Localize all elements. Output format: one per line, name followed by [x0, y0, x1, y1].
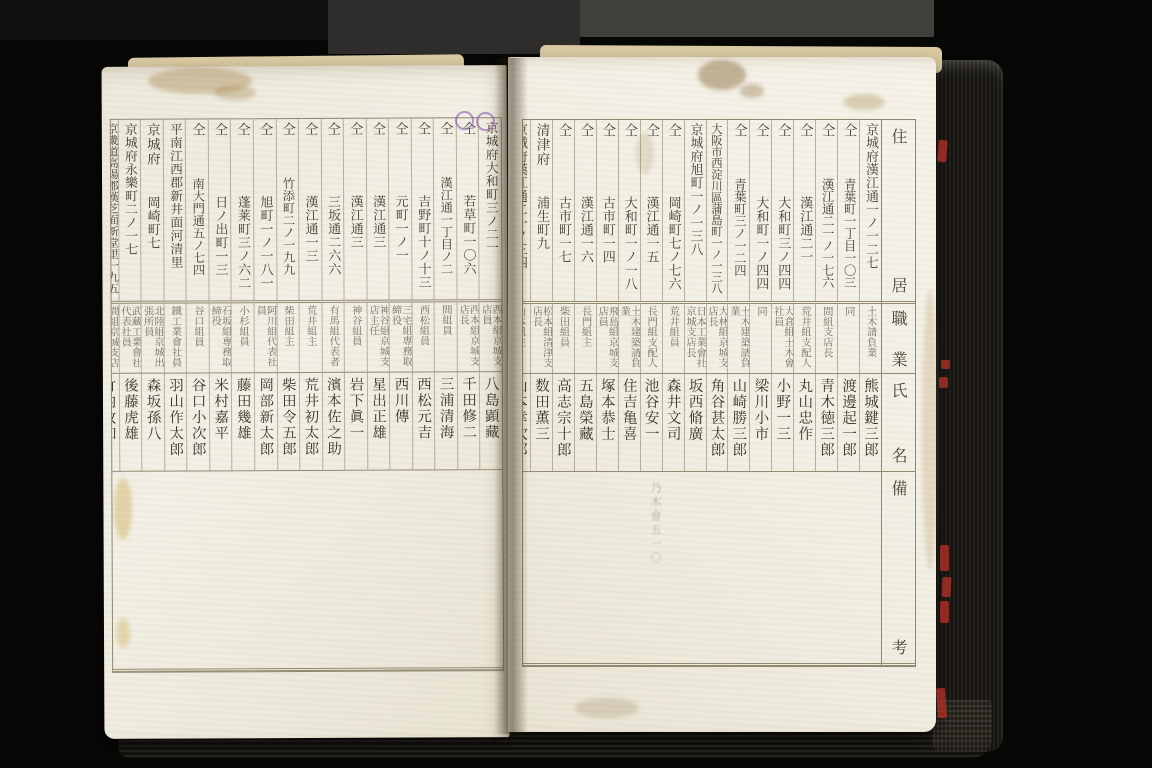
address-text: 岡崎町七 [145, 196, 160, 250]
address-text: 大阪市西淀川區蒲島町一ノ一三八 [711, 123, 723, 294]
name-text: 森井文司 [663, 378, 684, 442]
residence-cell: 仝漢江通二一ノ一七六 [815, 120, 837, 301]
address-text: 京城府永樂町二ノ一七 [122, 123, 138, 256]
address-ditto-or-prefix: 仝 [575, 123, 595, 138]
residence-cell: 仝青葉町一丁目一〇三 [837, 120, 859, 301]
name-text: 山崎勝三郎 [728, 378, 749, 458]
address-text: 京城府漢江通一ノ一二七 [863, 123, 878, 269]
occupation-text: 西本組京城支店長 [458, 304, 479, 371]
occupation-cell: 同 [749, 304, 771, 373]
address-ditto-or-prefix: 仝 [553, 123, 573, 138]
address-text: 平南江西郡新井面河清里 [167, 123, 183, 269]
occupation-cell: 大倉組土木會社員 [771, 304, 793, 373]
address-text: 漢江通三 [348, 195, 363, 249]
residence-cell: 仝旭町一ノ一八一 [253, 119, 276, 300]
name-cell: 角谷甚太郎 [706, 374, 728, 471]
address-ditto-or-prefix: 仝 [187, 122, 207, 137]
address-text: 古市町一四 [600, 196, 615, 264]
address-ditto-or-prefix: 仝 [597, 123, 617, 138]
name-text: 谷口小次郎 [188, 377, 209, 457]
address-ditto-or-prefix: 仝 [367, 122, 387, 137]
header-char: 職 [887, 310, 910, 326]
occupation-cell: 武藏工業會社代表社員 [118, 304, 141, 373]
occupation-text: 西本組京城支店員 [480, 304, 501, 371]
residence-cell: 清津府浦生町九 [530, 120, 552, 301]
residence-cell: 仝漢江通三 [365, 119, 388, 300]
name-text: 青木徳三郎 [816, 378, 837, 458]
occupation-text: 長門組支配人 [646, 306, 656, 368]
occupation-text: 間組支店長 [822, 306, 832, 358]
address-text: 蓬莱町三ノ六二 [235, 195, 250, 290]
address-ditto-or-prefix: 仝 [277, 122, 297, 137]
occupation-cell: 松本組清津支店長 [530, 304, 552, 373]
header-residence: 住居 [882, 120, 915, 304]
occupation-text: 有馬組代表者 [328, 305, 339, 367]
name-cell: 星出正雄 [367, 373, 390, 470]
address-ditto-or-prefix: 仝 [435, 121, 455, 136]
name-band: 八島顕藏千田修二三浦清海西松元吉西川傳星出正雄岩下眞一濱本佐之助荒井初太郎柴田令… [112, 372, 502, 472]
occupation-cell: 飛島組京城支店員 [596, 304, 618, 373]
residence-cell: 平南江西郡新井面河清里 [163, 120, 186, 301]
address-ditto-or-prefix: 仝 [232, 122, 252, 137]
name-text: 米村嘉平 [210, 377, 231, 441]
name-cell: 青木徳三郎 [815, 374, 837, 471]
red-edge-mark [940, 545, 949, 571]
address-ditto-or-prefix: 仝 [817, 123, 837, 138]
residence-cell: 京城府大和町三ノ二一 [478, 118, 501, 299]
address-text: 京城府大和町三ノ二一 [482, 121, 498, 254]
occupation-cell: 西松組員 [411, 302, 434, 371]
name-band: 熊城鍵三郎渡邊起一郎青木徳三郎丸山忠作小野一三梁川小市山崎勝三郎角谷甚太郎坂西脩… [523, 374, 881, 472]
name-text: 住吉亀喜 [619, 378, 640, 442]
occupation-text: 鐵工業會社員 [170, 306, 181, 368]
occupation-band: 土木請負業同間組支店長荒井組支配人大倉組土木會社員同土木建築請負業大林組京城支店… [523, 304, 881, 374]
right-page-columns: 京城府漢江通一ノ一二七仝青葉町一丁目一〇三仝漢江通二一ノ一七六仝漢江通二一仝大和… [523, 120, 881, 666]
name-text: 濱本佐之助 [323, 377, 344, 457]
header-name: 氏名 [882, 374, 915, 472]
name-text: 八島顕藏 [481, 376, 502, 440]
occupation-text: 日本工業會社京城支店長 [685, 306, 706, 373]
name-cell: 坂西脩廣 [684, 374, 706, 471]
red-edge-mark [939, 377, 949, 388]
occupation-cell: 土木建築請負業 [618, 304, 640, 373]
occupation-band: 西本組京城支店員西本組京城支店長間組員西松組員三宅組専務取締役神谷組京城支店主任… [112, 302, 502, 374]
photo-of-register-book: 京城府大和町三ノ二一仝若草町一〇六仝漢江通一丁目ノ二仝吉野町十ノ十三仝元町一ノ一… [0, 0, 1152, 768]
address-ditto-or-prefix: 京城府 [142, 123, 162, 167]
name-cell: 藤田幾雄 [231, 373, 254, 470]
name-cell: 谷口小次郎 [186, 373, 209, 470]
residence-cell: 仝吉野町十ノ十三 [411, 118, 434, 299]
red-edge-mark [941, 360, 950, 369]
name-text: 羽山作太郎 [165, 378, 186, 458]
name-cell: 森坂孫八 [141, 374, 164, 471]
occupation-text: 石坂組専務取締役 [210, 305, 231, 372]
name-cell: 渡邊起一郎 [837, 374, 859, 471]
occupation-text: 神谷組員 [350, 305, 360, 346]
column-headers: 住居職業氏名備考 [881, 120, 915, 666]
address-text: 漢江通一六 [578, 196, 593, 264]
name-text: 岩下眞一 [345, 377, 366, 441]
name-cell: 竹内政知 [112, 374, 119, 471]
occupation-text: 間組京城支店長 [112, 306, 119, 373]
occupation-text: 荒井組主 [305, 305, 315, 346]
name-text: 数田薫三 [531, 378, 552, 442]
name-cell: 岩下眞一 [344, 373, 367, 470]
occupation-cell: 有馬組代表者 [321, 303, 344, 372]
occupation-cell: 北陸組京城出張所員 [141, 304, 164, 373]
occupation-cell: 荒井組支配人 [793, 304, 815, 373]
address-text: 青葉町三ノ一二四 [731, 178, 746, 276]
occupation-cell: 神谷組員 [344, 303, 367, 372]
name-cell: 山崎勝三郎 [727, 374, 749, 471]
occupation-text: 大倉組土木會社員 [772, 306, 793, 373]
name-text: 藤田幾雄 [233, 377, 254, 441]
residence-cell: 仝元町一ノ一 [388, 119, 411, 300]
name-text: 丸山忠作 [794, 378, 815, 442]
name-cell: 五島榮藏 [574, 374, 596, 471]
residence-cell: 仝日ノ出町一三 [208, 119, 231, 300]
remarks-band [112, 470, 503, 672]
address-text: 旭町一ノ一八一 [257, 195, 272, 290]
name-cell: 後藤虎雄 [119, 374, 142, 471]
name-text: 池谷安一 [641, 378, 662, 442]
name-text: 西松元吉 [413, 376, 434, 440]
residence-cell: 仝三坂通二六六 [320, 119, 343, 300]
residence-cell: 仝若草町一〇六 [456, 118, 479, 299]
name-text: 後藤虎雄 [120, 378, 141, 442]
left-page-columns: 京城府大和町三ノ二一仝若草町一〇六仝漢江通一丁目ノ二仝吉野町十ノ十三仝元町一ノ一… [111, 118, 503, 672]
address-ditto-or-prefix: 仝 [751, 123, 771, 138]
address-ditto-or-prefix: 仝 [412, 121, 432, 136]
residence-cell: 仝漢江通一三 [298, 119, 321, 300]
name-cell: 濱本佐之助 [321, 373, 344, 470]
address-text: 漢江通三 [370, 195, 385, 249]
red-edge-mark [940, 601, 949, 623]
occupation-text: 小杉組員 [238, 305, 248, 346]
address-text: 南大門通五ノ七四 [190, 177, 205, 275]
background-panel [580, 0, 934, 37]
address-text: 元町一ノ一 [393, 195, 408, 263]
name-cell: 米村嘉平 [209, 373, 232, 470]
name-cell: 梁川小市 [749, 374, 771, 471]
address-text: 青葉町一丁目一〇三 [841, 178, 856, 289]
name-cell: 山本幸次郎 [523, 374, 530, 471]
address-ditto-or-prefix: 仝 [322, 122, 342, 137]
header-occupation: 職業 [882, 304, 915, 374]
address-ditto-or-prefix: 仝 [839, 123, 859, 138]
residence-cell: 京城府岡崎町七 [140, 120, 163, 301]
residence-band: 京城府漢江通一ノ一二七仝青葉町一丁目一〇三仝漢江通二一ノ一七六仝漢江通二一仝大和… [523, 120, 881, 304]
address-ditto-or-prefix: 仝 [773, 123, 793, 138]
name-text: 星出正雄 [368, 377, 389, 441]
name-cell: 三浦清海 [434, 372, 457, 469]
residence-cell: 仝古市町一七 [552, 120, 574, 301]
occupation-cell: 間組支店長 [815, 304, 837, 373]
address-ditto-or-prefix: 仝 [641, 123, 661, 138]
address-ditto-or-prefix: 仝 [795, 123, 815, 138]
name-text: 高志宗十郎 [553, 378, 574, 458]
occupation-cell: 間組員 [434, 302, 457, 371]
occupation-cell: 石坂組専務取締役 [208, 303, 231, 372]
residence-cell: 仝大和町三ノ四四 [771, 120, 793, 301]
occupation-cell: 鐵工業會社員 [163, 304, 186, 373]
name-cell: 岡部新太郎 [254, 373, 277, 470]
red-edge-mark [937, 140, 948, 163]
name-cell: 西川傳 [389, 373, 412, 470]
residence-cell: 京城府永樂町二ノ一七 [117, 120, 140, 301]
name-text: 千田修二 [458, 376, 479, 440]
address-ditto-or-prefix: 仝 [619, 123, 639, 138]
occupation-text: 西松組員 [418, 304, 428, 345]
address-ditto-or-prefix: 仝 [390, 122, 410, 137]
occupation-text: 武藏工業會社代表社員 [120, 306, 141, 373]
name-text: 塚本恭士 [597, 378, 618, 442]
occupation-text: 同 [843, 306, 853, 316]
name-cell: 荒井初太郎 [299, 373, 322, 470]
residence-cell: 仝漢江通三 [343, 119, 366, 300]
occupation-cell: 谷口組員 [186, 303, 209, 372]
name-cell: 千田修二 [457, 372, 480, 469]
remarks-band: 乃木會五一〇 [523, 472, 881, 666]
name-text: 荒井初太郎 [300, 377, 321, 457]
address-text: 日ノ出町一三 [212, 195, 227, 276]
residence-cell: 仝漢江通二一 [793, 120, 815, 301]
address-text: 京城府漢江通二一ノ三四 [523, 123, 527, 269]
occupation-cell: 山本組主 [523, 304, 530, 373]
address-ditto-or-prefix: 仝 [663, 123, 683, 138]
address-ditto-or-prefix: 仝 [300, 122, 320, 137]
name-text: 坂西脩廣 [685, 378, 706, 442]
occupation-text: 神谷組京城支店主任 [368, 305, 389, 372]
name-text: 森坂孫八 [142, 378, 163, 442]
name-text: 角谷甚太郎 [706, 378, 727, 458]
faint-pencil-annotation: 乃木會五一〇 [647, 482, 663, 642]
name-cell: 西松元吉 [412, 372, 435, 469]
occupation-text: 荒井組支配人 [800, 306, 810, 368]
address-text: 岡崎町七ノ七六 [666, 196, 681, 291]
header-remarks: 備考 [882, 472, 915, 666]
header-char: 氏 [887, 382, 910, 398]
residence-cell: 京城府漢江通一ノ一二七 [859, 120, 881, 301]
occupation-cell: 大林組京城支店長 [706, 304, 728, 373]
residence-cell: 仝大和町一ノ一八 [618, 120, 640, 301]
occupation-cell: 柴田組員 [552, 304, 574, 373]
occupation-cell: 阿川組代表社員 [254, 303, 277, 372]
residence-cell: 仝蓬莱町三ノ六二 [230, 119, 253, 300]
background-panel [0, 0, 328, 40]
occupation-text: 間組員 [441, 304, 451, 335]
occupation-cell: 西本組京城支店長 [456, 302, 479, 371]
left-page-table: 京城府大和町三ノ二一仝若草町一〇六仝漢江通一丁目ノ二仝吉野町十ノ十三仝元町一ノ一… [110, 117, 504, 673]
purple-stamp-circle [455, 111, 474, 130]
address-text: 三坂通二六六 [325, 195, 340, 276]
address-text: 漢江通一丁目ノ二 [438, 176, 453, 274]
residence-cell: 仝南大門通五ノ七四 [185, 119, 208, 300]
residence-cell: 仝漢江通一丁目ノ二 [433, 118, 456, 299]
header-char: 備 [887, 480, 910, 496]
occupation-cell: 小杉組員 [231, 303, 254, 372]
address-text: 古市町一七 [556, 196, 571, 264]
red-edge-mark [941, 577, 951, 597]
occupation-cell: 長門組支配人 [640, 304, 662, 373]
address-text: 大和町一ノ一八 [622, 196, 637, 291]
address-text: 大和町三ノ四四 [775, 196, 790, 291]
name-text: 熊城鍵三郎 [860, 378, 881, 458]
occupation-cell: 神谷組京城支店主任 [366, 303, 389, 372]
occupation-cell: 土木請負業 [859, 304, 881, 373]
name-cell: 小野一三 [771, 374, 793, 471]
name-cell: 塚本恭士 [596, 374, 618, 471]
name-text: 五島榮藏 [575, 378, 596, 442]
residence-cell: 京城府旭町一ノ一三八 [684, 120, 706, 301]
occupation-text: 荒井組員 [668, 306, 678, 347]
occupation-text: 山本組主 [523, 306, 525, 347]
occupation-cell: 日本工業會社京城支店長 [684, 304, 706, 373]
name-text: 梁川小市 [750, 378, 771, 442]
occupation-text: 同 [756, 306, 766, 316]
residence-cell: 仝古市町一四 [596, 120, 618, 301]
residence-cell: 仝漢江通一六 [574, 120, 596, 301]
occupation-cell: 柴田組主 [276, 303, 299, 372]
address-text: 漢江通二一ノ一七六 [819, 178, 834, 289]
name-text: 小野一三 [772, 378, 793, 442]
occupation-text: 柴田組員 [558, 306, 568, 347]
occupation-cell: 三宅組専務取締役 [389, 303, 412, 372]
name-cell: 高志宗十郎 [552, 374, 574, 471]
occupation-cell: 土木建築請負業 [727, 304, 749, 373]
address-text: 漢江通一三 [302, 195, 317, 263]
name-cell: 八島顕藏 [479, 372, 502, 469]
left-page: 京城府大和町三ノ二一仝若草町一〇六仝漢江通一丁目ノ二仝吉野町十ノ十三仝元町一ノ一… [102, 65, 510, 739]
name-cell: 森井文司 [662, 374, 684, 471]
name-text: 渡邊起一郎 [838, 378, 859, 458]
name-text: 西川傳 [390, 377, 411, 425]
header-char: 居 [887, 277, 910, 293]
book-fore-edge [933, 60, 1003, 752]
address-text: 竹添町二ノ一九九 [280, 177, 295, 275]
residence-band: 京城府大和町三ノ二一仝若草町一〇六仝漢江通一丁目ノ二仝吉野町十ノ十三仝元町一ノ一… [111, 118, 502, 304]
occupation-cell: 長門組主 [574, 304, 596, 373]
header-char: 考 [887, 639, 910, 655]
residence-cell: 仝大和町一ノ四四 [749, 120, 771, 301]
address-ditto-or-prefix: 仝 [345, 122, 365, 137]
address-text: 大和町一ノ四四 [753, 196, 768, 291]
header-char: 業 [887, 351, 910, 367]
address-text: 吉野町十ノ十三 [415, 194, 430, 289]
name-cell: 住吉亀喜 [618, 374, 640, 471]
occupation-text: 土木請負業 [865, 306, 875, 358]
occupation-text: 松本組清津支店長 [531, 306, 552, 373]
address-text: 漢江通一五 [644, 196, 659, 264]
residence-cell: 京畿道高陽郡漢芝面新堂里一九五ノ七 [111, 120, 118, 301]
name-cell: 数田薫三 [530, 374, 552, 471]
residence-cell: 仝漢江通一五 [640, 120, 662, 301]
address-ditto-or-prefix: 仝 [729, 123, 749, 138]
occupation-cell: 荒井組主 [299, 303, 322, 372]
header-char: 名 [887, 447, 910, 463]
name-cell: 熊城鍵三郎 [859, 374, 881, 471]
address-ditto-or-prefix: 清津府 [531, 123, 551, 167]
address-ditto-or-prefix: 仝 [209, 122, 229, 137]
name-cell: 柴田令五郎 [276, 373, 299, 470]
occupation-text: 土木建築請負業 [729, 306, 750, 373]
occupation-text: 阿川組代表社員 [255, 305, 276, 372]
address-text: 漢江通二一 [797, 196, 812, 264]
residence-cell: 京城府漢江通二一ノ三四 [523, 120, 530, 301]
occupation-text: 谷口組員 [193, 305, 203, 346]
residence-cell: 仝青葉町三ノ一二四 [727, 120, 749, 301]
purple-stamp-circle [476, 112, 495, 131]
residence-cell: 仝竹添町二ノ一九九 [275, 119, 298, 300]
right-page: 京城府漢江通一ノ一二七仝青葉町一丁目一〇三仝漢江通二一ノ一七六仝漢江通二一仝大和… [508, 57, 936, 732]
name-text: 三浦清海 [436, 376, 457, 440]
residence-cell: 大阪市西淀川區蒲島町一ノ一三八 [706, 120, 728, 301]
occupation-cell: 間組京城支店長 [112, 304, 119, 373]
name-cell: 羽山作太郎 [164, 374, 187, 471]
name-cell: 丸山忠作 [793, 374, 815, 471]
address-text: 京城府旭町一ノ一三八 [688, 123, 703, 256]
occupation-cell: 西本組京城支店員 [479, 302, 502, 371]
occupation-text: 柴田組主 [283, 305, 293, 346]
name-text: 岡部新太郎 [255, 377, 276, 457]
occupation-text: 土木建築請負業 [619, 306, 640, 373]
name-text: 山本幸次郎 [523, 378, 530, 458]
occupation-text: 三宅組専務取締役 [390, 305, 411, 372]
occupation-text: 飛島組京城支店員 [597, 306, 618, 373]
residence-cell: 仝岡崎町七ノ七六 [662, 120, 684, 301]
name-text: 柴田令五郎 [278, 377, 299, 457]
name-text: 竹内政知 [112, 378, 119, 442]
occupation-text: 北陸組京城出張所員 [142, 306, 163, 373]
address-text: 京畿道高陽郡漢芝面新堂里一九五ノ七 [111, 123, 118, 301]
occupation-cell: 同 [837, 304, 859, 373]
address-text: 若草町一〇六 [460, 194, 475, 275]
address-text: 浦生町九 [534, 196, 549, 250]
occupation-cell: 荒井組員 [662, 304, 684, 373]
occupation-text: 大林組京城支店長 [707, 306, 728, 373]
right-page-table: 京城府漢江通一ノ一二七仝青葉町一丁目一〇三仝漢江通二一ノ一七六仝漢江通二一仝大和… [522, 119, 916, 667]
header-char: 住 [887, 128, 910, 144]
name-cell: 池谷安一 [640, 374, 662, 471]
address-ditto-or-prefix: 仝 [255, 122, 275, 137]
occupation-text: 長門組主 [580, 306, 590, 347]
